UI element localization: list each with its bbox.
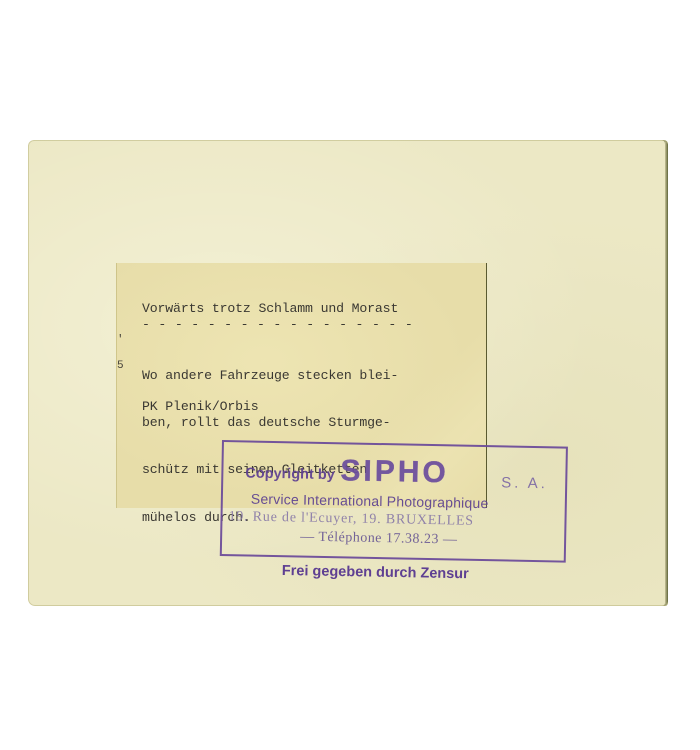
caption-credit: PK Plenik/Orbis (142, 399, 258, 415)
caption-line: Wo andere Fahrzeuge stecken blei- (142, 368, 398, 384)
stamp-phone: — Téléphone 17.38.23 — (300, 530, 458, 549)
stamp-brand-suffix: S. A. (501, 474, 548, 492)
stamp-brand: SIPHO (340, 454, 449, 490)
stamp-copyright-prefix: Copyright by (245, 465, 335, 483)
caption-separator: - - - - - - - - - - - - - - - - - (142, 317, 413, 333)
margin-mark: ' (117, 334, 124, 346)
stamp-service: Service International Photographique (251, 491, 489, 512)
censor-approval-stamp: Frei gegeben durch Zensur (282, 563, 469, 582)
caption-line: ben, rollt das deutsche Sturmge- (142, 415, 398, 431)
stamp-address: 19. Rue de l'Ecuyer, 19. BRUXELLES (228, 509, 474, 530)
margin-mark: 5 (117, 360, 124, 372)
copyright-stamp: Copyright by SIPHO S. A. Service Interna… (220, 440, 568, 563)
caption-title: Vorwärts trotz Schlamm und Morast (142, 301, 398, 317)
card-edge (665, 142, 668, 604)
